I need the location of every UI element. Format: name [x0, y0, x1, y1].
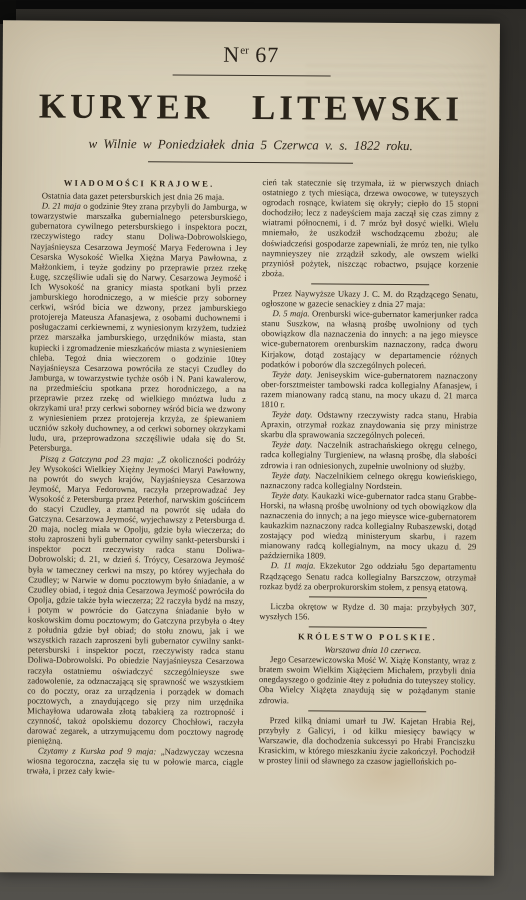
paragraph-text: „Z okoliczności podróży Jey Wysokości Wi… [27, 454, 246, 746]
paragraph: Teyże daty. Naczelnikiem celnego okręgu … [260, 470, 477, 492]
paragraph-lead: Teyże daty. [272, 369, 312, 379]
newspaper-masthead: KURYER LITEWSKI [2, 86, 499, 129]
paragraph-lead: Teyże daty. [272, 409, 313, 419]
paper-sheet: Ner 67 KURYER LITEWSKI w Wilnie w Ponied… [0, 20, 500, 875]
masthead-divider-top [172, 74, 330, 76]
masthead-dateline: w Wilnie w Poniedziałek dnia 5 Czerwca v… [2, 135, 499, 154]
paragraph: D. 11 maja. Ekzekutor 2go oddziału 5go d… [260, 561, 477, 593]
paragraph-lead: D. 11 maja. [271, 561, 316, 571]
section-title: KRÓLESTWO POLSKIE. [259, 631, 476, 643]
paragraph-text: Orenburski wice-gubernator kamerjunker r… [261, 309, 478, 370]
paragraph: Liczba okrętow w Rydze d. 30 maja: przyb… [259, 601, 476, 623]
paragraph-lead: D. 5 maja. [272, 308, 309, 318]
paragraph: Jego Cesarzewiczowska Mość W. Xiążę Kons… [259, 654, 476, 706]
paragraph-text: o godzinie 9tey zrana przybyli do Jambur… [29, 201, 247, 453]
issue-superscript: er [240, 45, 249, 57]
paragraph: Piszą z Gatczyna pod 23 maja: „Z okolicz… [27, 453, 246, 747]
paragraph-lead: Teyże daty. [271, 490, 309, 500]
right-column: cień tak statecznie się trzymała, iż w p… [258, 177, 479, 779]
section-divider [311, 283, 429, 285]
section-divider [308, 710, 426, 712]
masthead-area: Ner 67 KURYER LITEWSKI w Wilnie w Ponied… [2, 20, 500, 164]
left-column: WIADOMOŚCI KRAJOWE.Ostatnia data gazet p… [27, 175, 248, 777]
section-divider [309, 596, 427, 598]
masthead-divider-bottom [148, 161, 353, 163]
scan-backdrop: { "masthead": { "issue_prefix": "N", "is… [0, 0, 526, 900]
paragraph: Teyże daty. Jeniseyskim wice-gubernatore… [261, 369, 478, 411]
scanner-top-band [0, 0, 526, 9]
paragraph-lead: Teyże daty. [271, 470, 311, 480]
issue-value: 67 [255, 42, 279, 67]
paragraph: Czytamy z Kurska pod 9 maja: „Nadzwyczay… [27, 746, 244, 778]
paragraph-lead: Teyże daty. [272, 439, 313, 449]
paragraph: Przez Naywyższe Ukazy J. C. M. do Rządzą… [262, 288, 479, 310]
paragraph: Teyże daty. Naczelnik astrachańskiego ok… [260, 439, 477, 471]
paragraph: D. 21 maja o godzinie 9tey zrana przybyl… [29, 201, 247, 455]
section-divider [309, 626, 427, 628]
article-columns: WIADOMOŚCI KRAJOWE.Ostatnia data gazet p… [0, 173, 499, 779]
issue-number: Ner 67 [3, 40, 500, 69]
paragraph: Teyże daty. Odstawny rzeczywisty radca s… [261, 409, 478, 441]
paragraph-text: Kaukazki wice-gubernator radca stanu Gra… [260, 490, 477, 561]
paragraph: Teyże daty. Kaukazki wice-gubernator rad… [260, 490, 477, 562]
paragraph-lead: D. 21 maja [42, 201, 81, 211]
paragraph: Przed kilką dniami umarł tu JW. Kajetan … [258, 715, 475, 767]
section-title: WIADOMOŚCI KRAJOWE. [31, 177, 248, 189]
paragraph: D. 5 maja. Orenburski wice-gubernator ka… [261, 308, 478, 370]
paragraph-lead: Piszą z Gatczyna pod 23 maja: [40, 453, 154, 464]
paragraph: cień tak statecznie się trzymała, iż w p… [262, 177, 479, 279]
paragraph-lead: Czytamy z Kurska pod 9 maja: [38, 746, 156, 757]
